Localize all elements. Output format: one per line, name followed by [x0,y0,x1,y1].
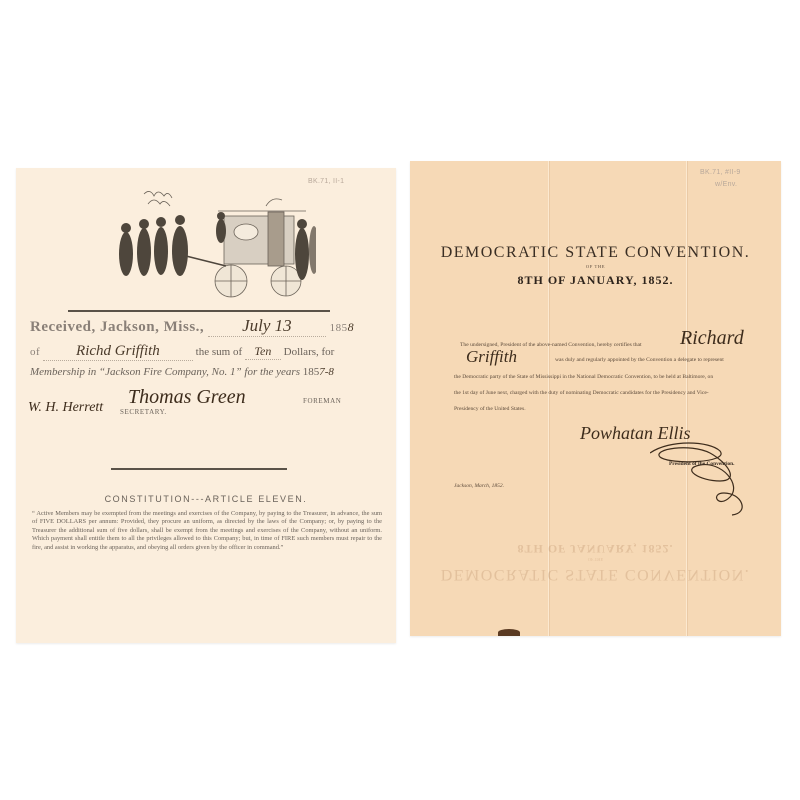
certificate-title: DEMOCRATIC STATE CONVENTION. [410,244,781,262]
divider [68,310,330,312]
certificate-date-heading: 8TH OF JANUARY, 1852. [410,273,781,288]
certificate-line-4: the 1st day of June next, charged with t… [454,390,709,396]
fire-company-membership-receipt: BK.71, II-1 Received, Jackson, Miss., Ju… [16,168,396,643]
show-through-of-the: OF THE [410,557,781,562]
show-through-date: 8TH OF JANUARY, 1852. [410,541,781,556]
show-through-title: DEMOCRATIC STATE CONVENTION. [410,565,781,583]
foreman-label: FOREMAN [303,397,341,405]
divider [111,468,287,470]
catalog-note: w/Env. [715,181,737,188]
paper-stain [498,629,520,636]
certificate-line-2: was duly and regularly appointed by the … [555,357,724,363]
receipt-received-line: Received, Jackson, Miss., July 13 1858 [30,316,390,337]
handwritten-delegate-first-name: Richard [680,327,744,350]
constitution-title: CONSTITUTION---ARTICLE ELEVEN. [16,494,396,504]
president-label: President of the Convention. [669,461,735,467]
receipt-membership-line: Membership in “Jackson Fire Company, No.… [30,366,390,378]
foreman-signature: Thomas Green [128,386,246,409]
constitution-text: “ Active Members may be exempted from th… [32,510,382,552]
catalog-note: BK.71, II-1 [308,178,344,185]
secretary-signature: W. H. Herrett [28,400,103,416]
democratic-convention-delegate-certificate: BK.71, #II-9 w/Env. DEMOCRATIC STATE CON… [410,161,781,636]
signature-flourish [650,441,760,521]
handwritten-payer-name: Richd Griffith [43,343,193,361]
secretary-label: SECRETARY. [120,408,167,416]
certificate-line-5: Presidency of the United States. [454,406,526,412]
catalog-note: BK.71, #II-9 [700,169,741,176]
place-and-date: Jackson, March, 1852. [454,483,504,489]
certificate-of-the: OF THE [410,264,781,269]
handwritten-delegate-last-name: Griffith [466,347,517,367]
fire-engine-engraving [106,186,316,301]
handwritten-amount: Ten [245,344,281,360]
certificate-line-3: the Democratic party of the State of Mis… [454,374,713,380]
receipt-payer-line: of Richd Griffith the sum of Ten Dollars… [30,343,390,361]
handwritten-date: July 13 [208,316,326,337]
